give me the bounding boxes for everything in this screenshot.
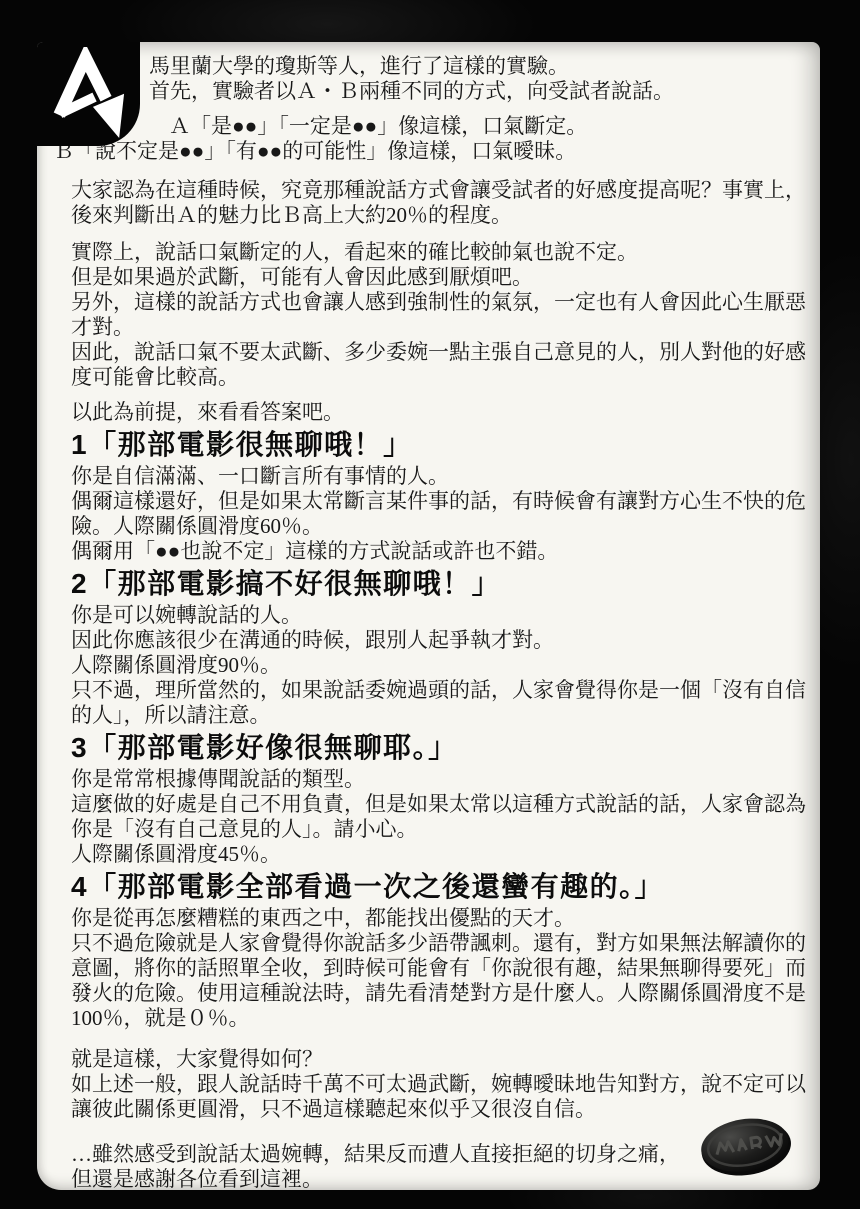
statement-b: Ｂ「說不定是●●」「有●●的可能性」像這樣，口氣曖昧。 [53, 139, 806, 164]
answer-4: 4「那部電影全部看過一次之後還蠻有趣的。」 你是從再怎麼糟糕的東西之中，都能找出… [71, 870, 806, 1031]
scanned-book-spread: 馬里蘭大學的瓊斯等人，進行了這樣的實驗。 首先，實驗者以Ａ・Ｂ兩種不同的方式，向… [0, 0, 860, 1209]
answer-1: 1「那部電影很無聊哦！」 你是自信滿滿、一口斷言所有事情的人。 偶爾這樣還好，但… [71, 428, 806, 564]
answer-2-body: 你是可以婉轉說話的人。 因此你應該很少在溝通的時候，跟別人起爭執才對。 人際關係… [71, 603, 806, 728]
answer-2-heading: 2「那部電影搞不好很無聊哦！」 [71, 567, 806, 601]
answer-3: 3「那部電影好像很無聊耶。」 你是常常根據傳聞說話的類型。 這麼做的好處是自己不… [71, 731, 806, 867]
analysis-paragraph: 實際上，說話口氣斷定的人，看起來的確比較帥氣也說不定。 但是如果過於武斷，可能有… [71, 240, 806, 390]
statement-a: Ａ「是●●」「一定是●●」像這樣，口氣斷定。 [169, 114, 806, 139]
statement-quotes: Ａ「是●●」「一定是●●」像這樣，口氣斷定。 Ｂ「說不定是●●」「有●●的可能性… [71, 114, 806, 164]
answer-1-heading: 1「那部電影很無聊哦！」 [71, 428, 806, 462]
answer-4-body: 你是從再怎麼糟糕的東西之中，都能找出優點的天才。 只不過危險就是人家會覺得你說話… [71, 906, 806, 1031]
summary-paragraph: 就是這樣，大家覺得如何？ 如上述一般，跟人說話時千萬不可太過武斷，婉轉曖昧地告知… [71, 1047, 806, 1122]
a-arrow-icon [47, 47, 129, 143]
answer-marker-tab [37, 42, 140, 146]
answer-4-heading: 4「那部電影全部看過一次之後還蠻有趣的。」 [71, 870, 806, 904]
intro-paragraph: 馬里蘭大學的瓊斯等人，進行了這樣的實驗。 首先，實驗者以Ａ・Ｂ兩種不同的方式，向… [149, 54, 806, 104]
page: 馬里蘭大學的瓊斯等人，進行了這樣的實驗。 首先，實驗者以Ａ・Ｂ兩種不同的方式，向… [37, 42, 820, 1190]
experiment-result-paragraph: 大家認為在這種時候，究竟那種說話方式會讓受試者的好感度提高呢？事實上，後來判斷出… [71, 178, 806, 228]
answer-3-heading: 3「那部電影好像很無聊耶。」 [71, 731, 806, 765]
answer-1-body: 你是自信滿滿、一口斷言所有事情的人。 偶爾這樣還好，但是如果太常斷言某件事的話，… [71, 464, 806, 564]
closing-paragraph: …雖然感受到說話太過婉轉，結果反而遭人直接拒絕的切身之痛， 但還是感謝各位看到這… [71, 1142, 806, 1192]
answers-lead-in: 以此為前提，來看看答案吧。 [71, 400, 806, 425]
answer-3-body: 你是常常根據傳聞說話的類型。 這麼做的好處是自己不用負責，但是如果太常以這種方式… [71, 767, 806, 867]
answer-2: 2「那部電影搞不好很無聊哦！」 你是可以婉轉說話的人。 因此你應該很少在溝通的時… [71, 567, 806, 728]
